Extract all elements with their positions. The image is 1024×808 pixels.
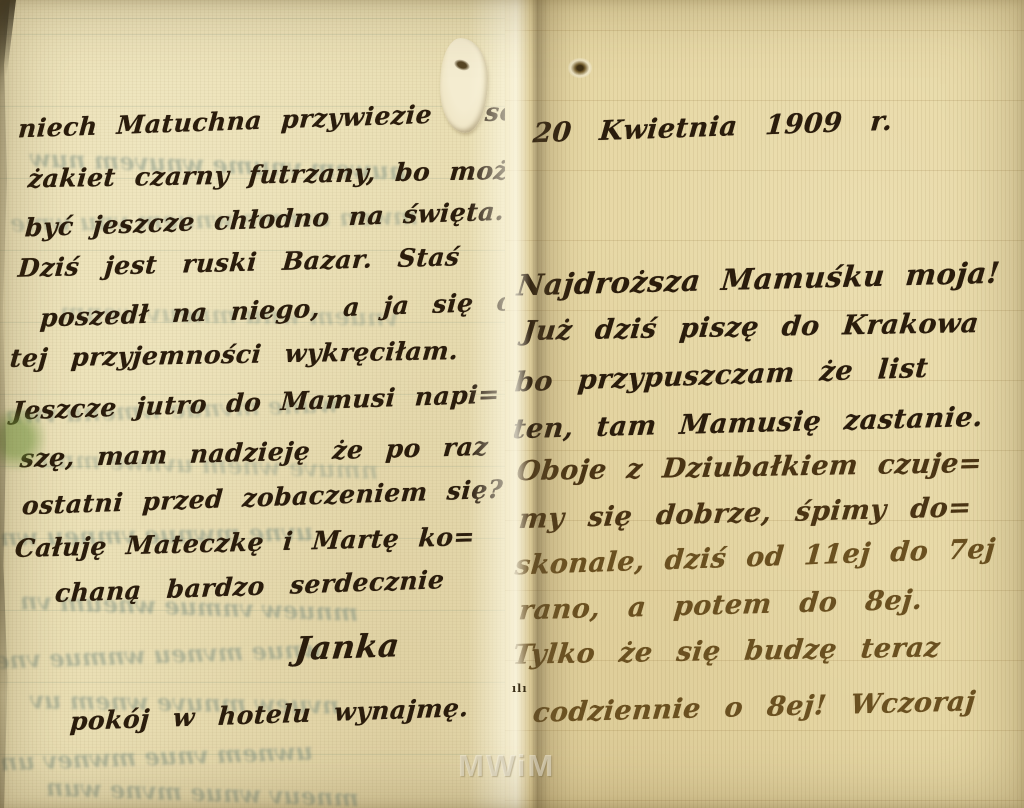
greeting-line: Najdroższa Mamuśku moja! bbox=[515, 256, 1001, 303]
handwriting-line: ten, tam Mamusię zastanie. bbox=[512, 402, 985, 445]
letter-scan: nuwem vnume wnuvem nuw mwen uvnme wnuem … bbox=[0, 0, 1024, 808]
paper-hole bbox=[568, 58, 592, 78]
handwriting-line: poszedł na niego, a ja się od bbox=[39, 286, 533, 332]
bleedthrough-line: wnue mvneu wnmue vne bbox=[0, 634, 323, 674]
left-page: nuwem vnume wnuvem nuw mwen uvnme wnuem … bbox=[0, 0, 505, 808]
handwriting-line: żakiet czarny futrzany, bo może bbox=[27, 156, 526, 194]
handwriting-line: Dziś jest ruski Bazar. Staś bbox=[17, 242, 461, 283]
handwriting-line: szę, mam nadzieję że po raz bbox=[19, 432, 489, 473]
handwriting-line: bo przypuszczam że list bbox=[514, 353, 930, 399]
handwriting-line: Jeszcze jutro do Mamusi napi= bbox=[11, 379, 501, 425]
watermark-text: MWiM bbox=[458, 748, 555, 784]
gutter-marks: ılı bbox=[512, 682, 528, 695]
handwriting-line: Już dziś piszę do Krakowa bbox=[521, 308, 980, 347]
bleedthrough-line: uwnem vnue mwnev un bbox=[0, 737, 313, 777]
green-stain bbox=[0, 408, 46, 470]
handwriting-line: skonale, dziś od 11ej do 7ej bbox=[514, 534, 997, 582]
handwriting-line: Tylko że się budzę teraz bbox=[511, 632, 941, 671]
handwriting-line: być jeszcze chłodno na święta. bbox=[24, 197, 505, 243]
handwriting-line: codziennie o 8ej! Wczoraj bbox=[532, 686, 978, 729]
signature: Janka bbox=[293, 626, 401, 668]
handwriting-line: rano, a potem do 8ej. bbox=[518, 585, 924, 627]
right-page: 20 Kwietnia 1909 r. Najdroższa Mamuśku m… bbox=[505, 0, 1024, 808]
handwriting-line: Całuję Mateczkę i Martę ko= bbox=[14, 522, 476, 563]
handwriting-line: Oboje z Dziubałkiem czuje= bbox=[515, 448, 983, 487]
bleedthrough-line: mneuv wnue mvne wun bbox=[46, 773, 360, 808]
handwriting-line: my się dobrze, śpimy do= bbox=[518, 492, 973, 535]
date-line: 20 Kwietnia 1909 r. bbox=[532, 106, 894, 150]
postscript-line: pokój w hotelu wynajmę. bbox=[69, 693, 470, 736]
handwriting-line: ostatni przed zobaczeniem się? bbox=[21, 475, 504, 521]
handwriting-line: chaną bardzo serdecznie bbox=[54, 565, 445, 608]
handwriting-line: tej przyjemności wykręciłam. bbox=[9, 336, 460, 373]
tear-speck bbox=[453, 58, 471, 73]
